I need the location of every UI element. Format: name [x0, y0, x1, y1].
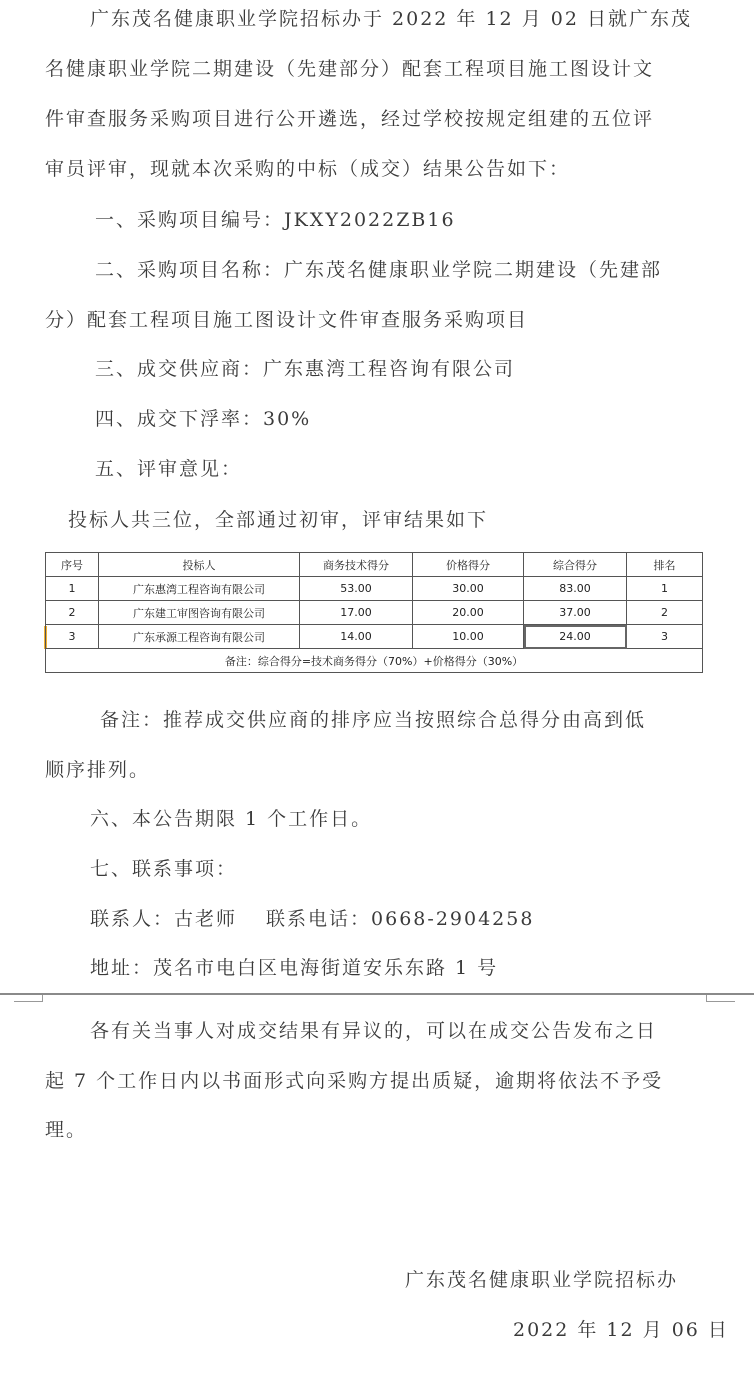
header-price-score: 价格得分 [413, 553, 524, 577]
header-total-score: 综合得分 [524, 553, 627, 577]
table-header: 序号 投标人 商务技术得分 价格得分 综合得分 排名 [46, 553, 703, 577]
intro-line-4: 审员评审，现就本次采购的中标（成交）结果公告如下： [45, 154, 570, 181]
page-corner-right [706, 995, 735, 1002]
review-opinion: 五、评审意见： [95, 454, 242, 481]
objection-line-2: 起 7 个工作日内以书面形式向采购方提出质疑，逾期将依法不予受 [45, 1066, 663, 1093]
cell-price: 10.00 [413, 625, 524, 649]
remark-line-1: 备注：推荐成交供应商的排序应当按照综合总得分由高到低 [100, 705, 646, 732]
page-break-line [0, 993, 754, 995]
contact-title: 七、联系事项： [90, 854, 237, 881]
cell-rank: 1 [627, 577, 703, 601]
header-rank: 排名 [627, 553, 703, 577]
cell-total: 37.00 [524, 601, 627, 625]
cell-price: 20.00 [413, 601, 524, 625]
project-number: 一、采购项目编号：JKXY2022ZB16 [95, 205, 456, 232]
project-name-2: 分）配套工程项目施工图设计文件审查服务采购项目 [45, 305, 528, 332]
cell-bidder: 广东建工审图咨询有限公司 [99, 601, 300, 625]
cell-tech: 14.00 [300, 625, 413, 649]
cell-total: 83.00 [524, 577, 627, 601]
cell-tech: 53.00 [300, 577, 413, 601]
remark-line-2: 顺序排列。 [45, 755, 150, 782]
results-table: 序号 投标人 商务技术得分 价格得分 综合得分 排名 1 广东惠湾工程咨询有限公… [45, 552, 703, 673]
cell-bidder: 广东惠湾工程咨询有限公司 [99, 577, 300, 601]
intro-line-1: 广东茂名健康职业学院招标办于 2022 年 12 月 02 日就广东茂 [90, 4, 692, 31]
objection-line-3: 理。 [45, 1115, 87, 1142]
supplier: 三、成交供应商：广东惠湾工程咨询有限公司 [95, 354, 515, 381]
project-name-1: 二、采购项目名称：广东茂名健康职业学院二期建设（先建部 [95, 255, 662, 282]
header-no: 序号 [46, 553, 99, 577]
review-summary: 投标人共三位，全部通过初审，评审结果如下 [68, 505, 488, 532]
table-note: 备注：综合得分=技术商务得分（70%）+价格得分（30%） [46, 649, 703, 673]
discount-rate: 四、成交下浮率：30% [95, 404, 311, 431]
cell-tech: 17.00 [300, 601, 413, 625]
address: 地址：茂名市电白区电海街道安乐东路 1 号 [90, 953, 498, 980]
header-tech-score: 商务技术得分 [300, 553, 413, 577]
cell-price: 30.00 [413, 577, 524, 601]
cell-no: 3 [46, 625, 99, 649]
intro-line-3: 件审查服务采购项目进行公开遴选，经过学校按规定组建的五位评 [45, 104, 654, 131]
notice-period: 六、本公告期限 1 个工作日。 [90, 804, 372, 831]
header-bidder: 投标人 [99, 553, 300, 577]
page-corner-left [14, 995, 43, 1002]
cell-no: 1 [46, 577, 99, 601]
table-row: 2 广东建工审图咨询有限公司 17.00 20.00 37.00 2 [46, 601, 703, 625]
cell-no: 2 [46, 601, 99, 625]
cell-rank: 3 [627, 625, 703, 649]
signature-org: 广东茂名健康职业学院招标办 [405, 1265, 678, 1292]
table-row: 3 广东承源工程咨询有限公司 14.00 10.00 24.00 3 [46, 625, 703, 649]
table-note-row: 备注：综合得分=技术商务得分（70%）+价格得分（30%） [46, 649, 703, 673]
intro-line-2: 名健康职业学院二期建设（先建部分）配套工程项目施工图设计文 [45, 54, 654, 81]
cell-bidder: 广东承源工程咨询有限公司 [99, 625, 300, 649]
table-row: 1 广东惠湾工程咨询有限公司 53.00 30.00 83.00 1 [46, 577, 703, 601]
cell-total-selected[interactable]: 24.00 [524, 625, 627, 649]
cell-rank: 2 [627, 601, 703, 625]
contact-info: 联系人：古老师 联系电话：0668-2904258 [90, 904, 534, 931]
objection-line-1: 各有关当事人对成交结果有异议的，可以在成交公告发布之日 [90, 1016, 657, 1043]
signature-date: 2022 年 12 月 06 日 [513, 1315, 729, 1342]
